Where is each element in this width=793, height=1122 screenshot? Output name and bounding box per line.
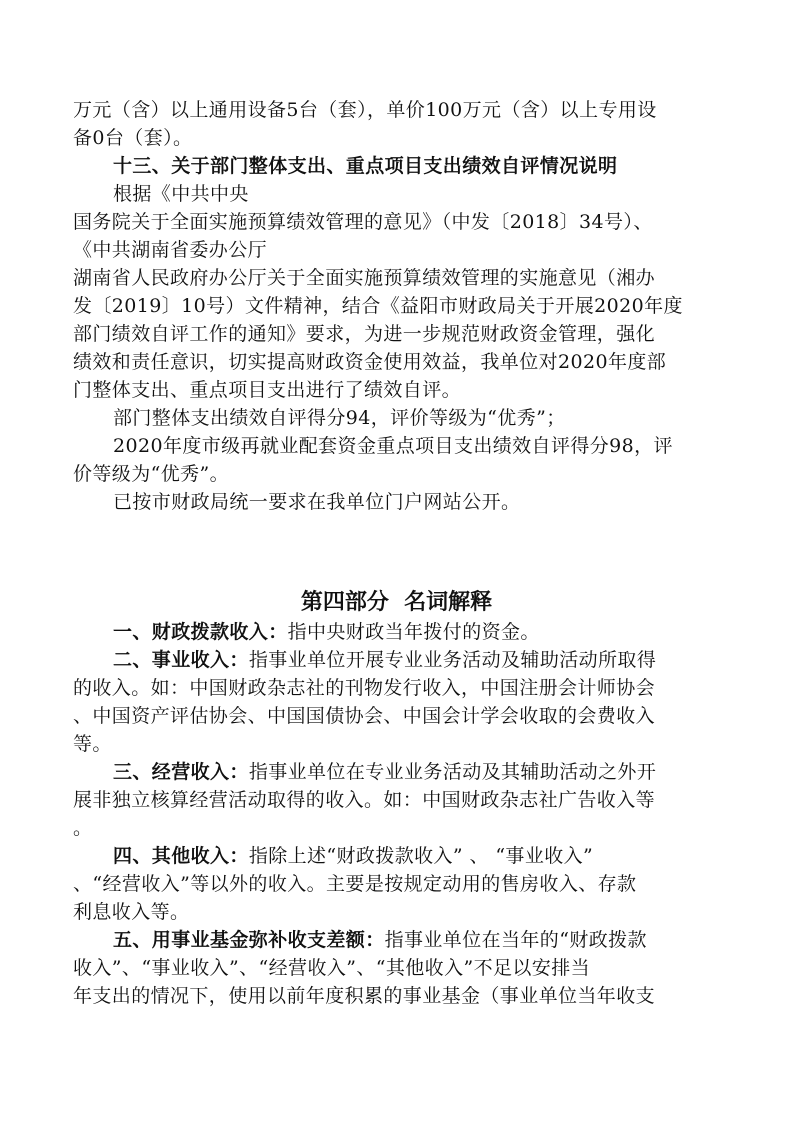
- body-text-line: 已按市财政局统一要求在我单位门户网站公开。: [113, 488, 713, 516]
- body-text-line: 湖南省人民政府办公厅关于全面实施预算绩效管理的实施意见（湘办: [73, 264, 713, 292]
- body-text-line: 展非独立核算经营活动取得的收入。如：中国财政杂志社广告收入等: [73, 786, 713, 814]
- body-text-line: 、“经营收入”等以外的收入。主要是按规定动用的售房收入、存款: [73, 870, 713, 898]
- body-text-line: 利息收入等。: [73, 898, 713, 926]
- term-label: 五、用事业基金弥补收支差额：: [113, 929, 385, 951]
- term-text: 指除上述“财政拨款收入” 、 “事业收入”: [249, 845, 593, 867]
- term-text: 指事业单位在当年的“财政拨款: [385, 929, 647, 951]
- body-text-line: 根据《中共中央: [113, 180, 713, 208]
- term-label: 三、经营收入：: [113, 761, 249, 783]
- body-text-line: 收入”、“事业收入”、“经营收入”、“其他收入”不足以安排当: [73, 954, 713, 982]
- body-text-line: 部门绩效自评工作的通知》要求，为进一步规范财政资金管理，强化: [73, 320, 713, 348]
- term-label: 一、财政拨款收入：: [113, 621, 288, 643]
- body-text-line: 万元（含）以上通用设备5台（套），单价100万元（含）以上专用设: [73, 96, 713, 124]
- body-text-line: 《中共湖南省委办公厅: [73, 236, 713, 264]
- term-text: 指事业单位开展专业业务活动及辅助活动所取得: [249, 649, 656, 671]
- term-definition-line: 五、用事业基金弥补收支差额：指事业单位在当年的“财政拨款: [113, 926, 713, 954]
- term-definition-line: 四、其他收入：指除上述“财政拨款收入” 、 “事业收入”: [113, 842, 713, 870]
- term-text: 指事业单位在专业业务活动及其辅助活动之外开: [249, 761, 656, 783]
- body-text-line: 国务院关于全面实施预算绩效管理的意见》（中发〔2018〕34号）、: [73, 208, 713, 236]
- body-text-line: 、中国资产评估协会、中国国债协会、中国会计学会收取的会费收入: [73, 702, 713, 730]
- body-text-line: 绩效和责任意识，切实提高财政资金使用效益，我单位对2020年度部: [73, 348, 713, 376]
- term-label: 四、其他收入：: [113, 845, 249, 867]
- body-text-line: 。: [73, 814, 713, 842]
- term-label: 二、事业收入：: [113, 649, 249, 671]
- body-text-line: 发〔2019〕10号）文件精神，结合《益阳市财政局关于开展2020年度: [73, 292, 713, 320]
- term-text: 指中央财政当年拨付的资金。: [288, 621, 540, 643]
- body-text-line: 价等级为“优秀”。: [73, 460, 713, 488]
- document-page: 万元（含）以上通用设备5台（套），单价100万元（含）以上专用设 备0台（套）。…: [0, 0, 793, 1122]
- body-text-line: 门整体支出、重点项目支出进行了绩效自评。: [73, 376, 713, 404]
- term-definition-line: 三、经营收入：指事业单位在专业业务活动及其辅助活动之外开: [113, 758, 713, 786]
- body-text-line: 等。: [73, 730, 713, 758]
- section-heading: 十三、关于部门整体支出、重点项目支出绩效自评情况说明: [113, 152, 713, 180]
- term-definition-line: 一、财政拨款收入：指中央财政当年拨付的资金。: [113, 618, 713, 646]
- term-definition-line: 二、事业收入：指事业单位开展专业业务活动及辅助活动所取得: [113, 646, 713, 674]
- body-text-line: 2020年度市级再就业配套资金重点项目支出绩效自评得分98，评: [113, 432, 713, 460]
- body-text-line: 部门整体支出绩效自评得分94，评价等级为“优秀”；: [113, 404, 713, 432]
- body-text-line: 的收入。如：中国财政杂志社的刊物发行收入，中国注册会计师协会: [73, 674, 713, 702]
- body-text-line: 备0台（套）。: [73, 124, 713, 152]
- body-text-line: 年支出的情况下，使用以前年度积累的事业基金（事业单位当年收支: [73, 982, 713, 1010]
- part-title: 第四部分 名词解释: [0, 588, 793, 618]
